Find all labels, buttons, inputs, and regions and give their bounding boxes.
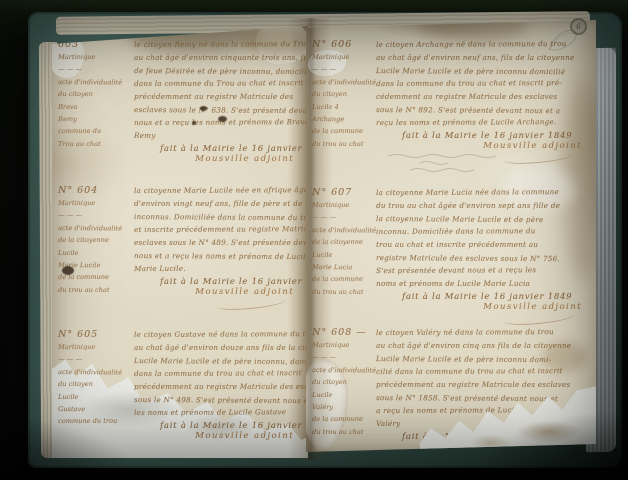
pencil-annotation-squiggle [386, 152, 516, 174]
handwritten-line: au chat âgé d'environ cinquante trois an… [134, 51, 308, 64]
handwritten-line: S'est présentée devant nous et a reçu le… [376, 263, 596, 277]
entry-body: le citoyen Remy né dans la commune du Tr… [130, 38, 308, 164]
closing-line: fait à la Mairie le 16 janvier 1849 [160, 143, 308, 153]
handwritten-line: d'environ vingt neuf ans, fille de père … [134, 197, 308, 210]
closing-line: fait à la Mairie le 16 janvier 1849 [402, 130, 596, 140]
handwritten-line: Martinique [58, 197, 130, 210]
handwritten-line: du citoyen [58, 88, 130, 101]
handwritten-line: du trou au chat [58, 284, 130, 296]
body-text: la citoyenne Marie Lucia née dans la com… [376, 186, 596, 290]
handwritten-line: Trou au chat [58, 138, 130, 150]
handwritten-line: Martinique [312, 199, 372, 212]
handwritten-line: Martinique [58, 51, 130, 64]
handwritten-line: du citoyen [312, 376, 372, 389]
handwritten-line: Marie Lucile. [134, 261, 308, 275]
handwritten-line: — — — [58, 63, 130, 75]
body-text: le citoyen Remy né dans la commune du Tr… [134, 38, 308, 142]
ink-blot [192, 121, 196, 125]
handwritten-line: la citoyenne Marie Lucia née dans la com… [376, 185, 596, 199]
entry-body: le citoyen Gustave né dans la commune du… [130, 328, 308, 441]
register-entry-604: N° 604 Martinique— — —acte d'individuali… [56, 184, 308, 309]
left-page: 603 Martinique— — —acte d'individualitéd… [52, 26, 308, 458]
handwritten-line: dans la commune du trou au chat et inscr… [134, 366, 308, 380]
handwritten-line: cédemment au registre Matricule des escl… [376, 90, 596, 103]
handwritten-line: Brava [58, 101, 130, 113]
signature-flourish [216, 295, 287, 312]
handwritten-line: Martinique [312, 51, 372, 64]
handwritten-line: de la commune [312, 413, 372, 426]
closing-line: fait à la Mairie le 16 janvier 1849 [160, 276, 308, 286]
handwritten-line: Lucile [312, 249, 372, 261]
handwritten-line: la citoyenne Marie Lucile née en afrique… [134, 183, 308, 197]
handwritten-line: du trou au chat [312, 426, 372, 438]
handwritten-line: trou au chat et inscrite précédemment au [376, 238, 596, 251]
handwritten-line: précédemment au registre Matricule des [134, 90, 308, 103]
handwritten-line: précédemment au registre Matricule des e… [134, 380, 308, 393]
entry-margin-notes: N° 606 Martinique— — —acte d'individuali… [310, 38, 372, 163]
handwritten-line: précédemment au registre Matricule des e… [376, 378, 596, 391]
handwritten-line: inconnu. Domiciliée dans la commune du [376, 224, 596, 238]
handwritten-line: le citoyen Remy né dans la commune du Tr… [134, 37, 308, 51]
margin-text: Martinique— — —acte d'individualitédu ci… [58, 341, 130, 428]
pencil-doodle-icon [546, 24, 580, 54]
register-entry-603: 603 Martinique— — —acte d'individualitéd… [56, 38, 308, 164]
margin-text: Martinique— — —acte d'individualitédu ci… [312, 51, 372, 150]
entry-number: N° 605 [58, 328, 130, 341]
handwritten-line: du trou au chat [312, 286, 372, 298]
handwritten-line: et inscrite précédemment au registre Mat… [134, 222, 308, 236]
entry-number: N° 608 — [312, 326, 372, 339]
handwritten-line: commune du [58, 125, 130, 138]
entry-margin-notes: N° 604 Martinique— — —acte d'individuali… [56, 184, 130, 309]
closing-line: fait à la Mairie le 16 janvier 1849 [160, 420, 308, 430]
signature: Mousville adjoint [134, 154, 308, 164]
handwritten-line: — — — [58, 209, 130, 221]
signature-flourish [504, 310, 575, 327]
ink-blot [218, 116, 227, 122]
margin-text: Martinique— — —acte d'individualitéde la… [58, 197, 130, 296]
margin-text: Martinique— — —acte d'individualitédu ci… [58, 51, 130, 150]
body-text: la citoyenne Marie Lucile née en afrique… [134, 184, 308, 275]
handwritten-line: dans la commune du Trou au chat et inscr… [134, 76, 308, 90]
entry-margin-notes: N° 607 Martinique— — —acte d'individuali… [310, 186, 372, 324]
handwritten-line: — — — [58, 353, 130, 365]
entry-number: N° 606 [312, 38, 372, 51]
signature: Mousville adjoint [134, 431, 308, 441]
handwritten-line: les noms et prénoms de Lucile Gustave [134, 405, 308, 419]
handwritten-line: acte d'individualité [312, 76, 372, 89]
handwritten-line: Martinique [312, 339, 372, 352]
handwritten-line: du trou au chat [312, 138, 372, 150]
closing-line: fait à la Mairie le 16 janvier 1849 [402, 291, 596, 301]
handwritten-line: le citoyen Valéry né dans la commune du … [376, 325, 596, 339]
entry-margin-notes: 603 Martinique— — —acte d'individualitéd… [56, 38, 130, 164]
handwritten-line: de la citoyenne [58, 234, 130, 247]
margin-text: Martinique— — —acte d'individualitéde la… [312, 199, 372, 298]
handwritten-line: Lucile [58, 247, 130, 259]
handwritten-line: au chat âgé d'environ douze ans fils de … [134, 341, 308, 354]
handwritten-line: acte d'individualité [312, 364, 372, 377]
handwritten-line: Lucile [312, 389, 372, 401]
handwritten-line: Lucile [58, 391, 130, 403]
handwritten-line: de la commune [312, 125, 372, 138]
margin-text: Martinique— — —acte d'individualitédu ci… [312, 339, 372, 438]
handwritten-line: au chat âgé d'environ cinq ans fils de l… [376, 339, 596, 352]
handwritten-line: esclaves sous le N° 489. S'est présentée… [134, 236, 308, 249]
handwritten-line: du citoyen [312, 88, 372, 101]
handwritten-line: — — — [312, 211, 372, 223]
handwritten-line: noms et prénoms de Lucile Marie Lucia [376, 277, 596, 290]
entry-margin-notes: N° 608 — Martinique— — —acte d'individua… [310, 326, 372, 441]
register-entry-606: N° 606 Martinique— — —acte d'individuali… [310, 38, 596, 163]
handwritten-line: Remy [134, 129, 308, 142]
ink-blot [200, 106, 207, 111]
handwritten-line: cilié dans la commune du trou au chat et… [376, 364, 596, 378]
handwritten-line: de la citoyenne [312, 236, 372, 249]
entry-body: la citoyenne Marie Lucile née en afrique… [130, 184, 308, 309]
handwritten-line: Martinique [58, 341, 130, 354]
entry-body: le citoyen Archange né dans la commune d… [372, 38, 596, 163]
handwritten-line: — — — [312, 63, 372, 75]
entry-margin-notes: N° 605 Martinique— — —acte d'individuali… [56, 328, 130, 441]
handwritten-line: du citoyen [58, 378, 130, 391]
handwritten-line: du trou au chat âgée d'environ sept ans … [376, 199, 596, 212]
handwritten-line: — — — [312, 351, 372, 363]
handwritten-line: dans la commune du trou au chat et inscr… [376, 76, 596, 90]
handwritten-line: Lucile 4 [312, 101, 372, 113]
entry-body: la citoyenne Marie Lucia née dans la com… [372, 186, 596, 324]
handwritten-line: commune du trou [58, 415, 130, 428]
register-entry-605: N° 605 Martinique— — —acte d'individuali… [56, 328, 308, 441]
handwritten-line: acte d'individualité [312, 224, 372, 237]
register-entry-607: N° 607 Martinique— — —acte d'individuali… [310, 186, 596, 324]
right-page: N° 606 Martinique— — —acte d'individuali… [306, 20, 596, 452]
body-text: le citoyen Gustave né dans la commune du… [134, 328, 308, 419]
handwritten-line: reçu les noms et prénoms de Lucile Archa… [376, 115, 596, 129]
scanned-register-photo: 603 Martinique— — —acte d'individualitéd… [0, 0, 628, 480]
entry-number: N° 607 [312, 186, 372, 199]
entry-number: N° 604 [58, 184, 130, 197]
handwritten-line: de la commune [312, 273, 372, 286]
ink-blot [62, 266, 74, 275]
handwritten-line: le citoyen Gustave né dans la commune du… [134, 327, 308, 341]
